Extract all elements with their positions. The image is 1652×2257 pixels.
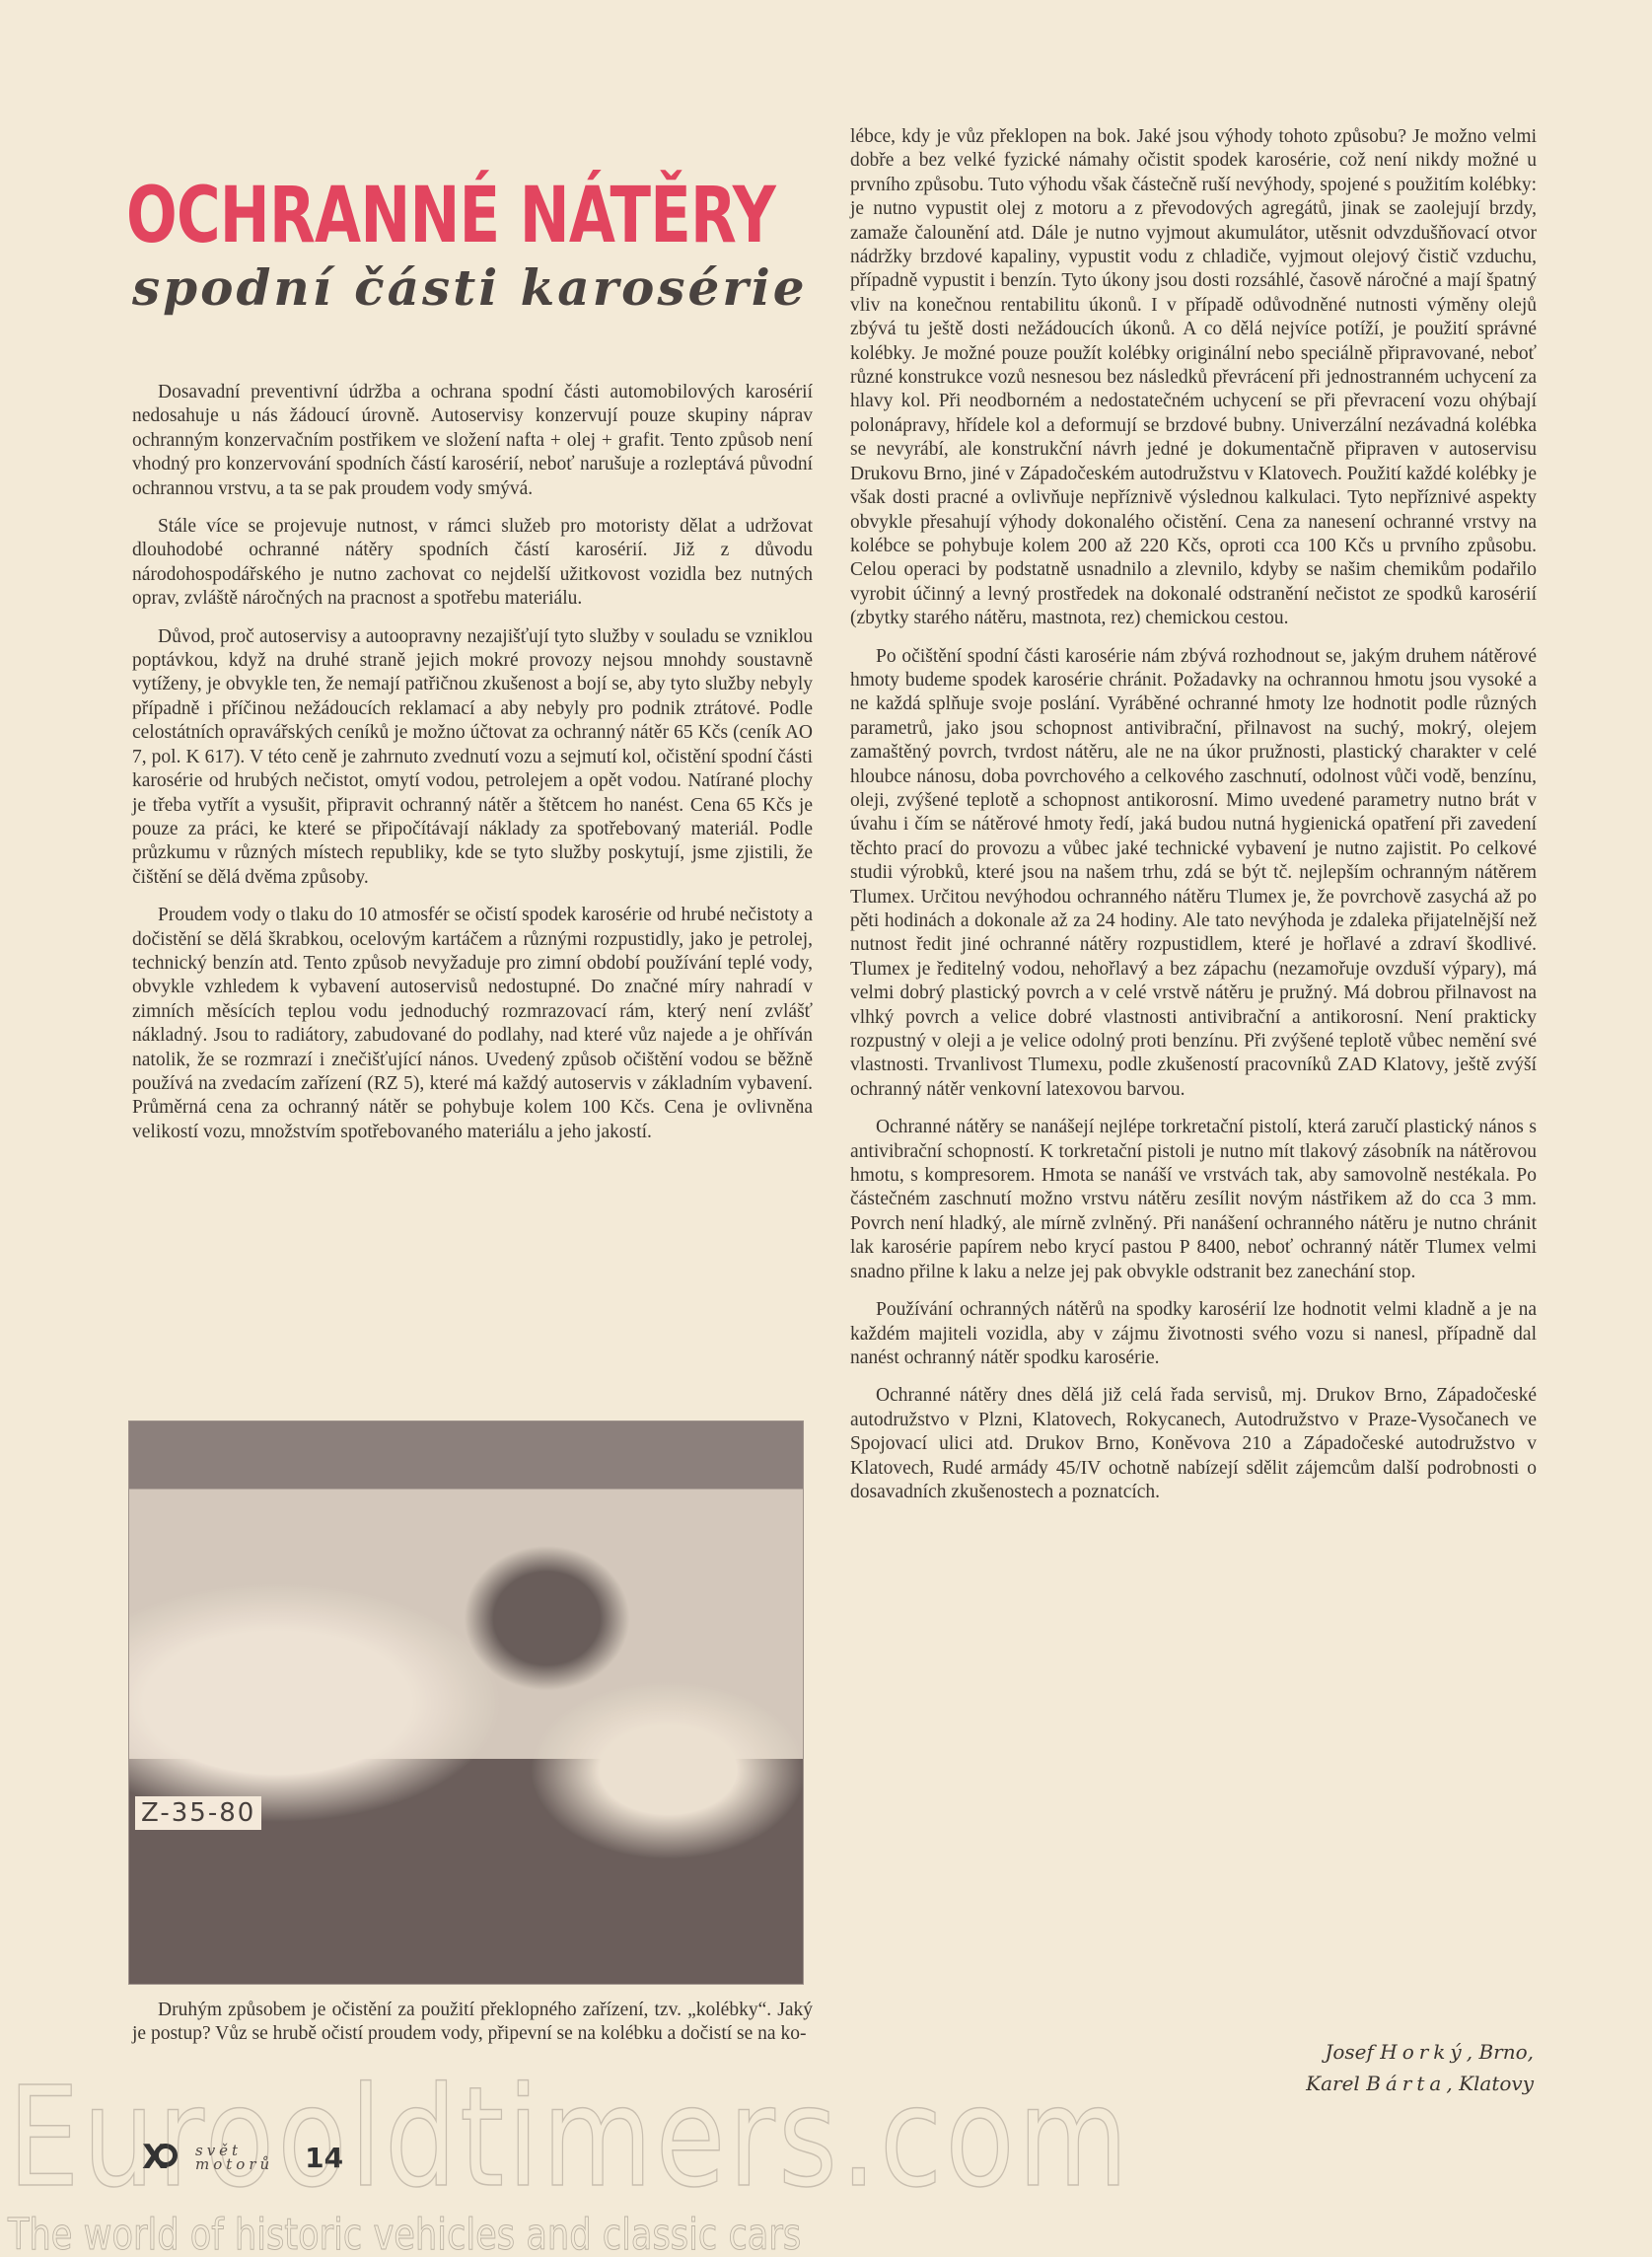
paragraph: Používání ochranných nátěrů na spodky ka… [850,1298,1537,1370]
magazine-page: OCHRANNÉ NÁTĚRY spodní části karosérie D… [0,0,1652,2257]
article-photo: Z-35-80 [128,1420,804,1985]
paragraph: Po očištění spodní části karosérie nám z… [850,645,1537,1103]
left-column-bottom: Druhým způsobem je očistění za použití p… [132,1999,813,2061]
paragraph: Ochranné nátěry dnes dělá již celá řada … [850,1384,1537,1504]
paragraph: Ochranné nátěry se nanášejí nejlépe tork… [850,1116,1537,1284]
article-subtitle: spodní části karosérie [132,258,808,317]
watermark-tagline: The world of historic vehicles and class… [8,2210,801,2257]
paragraph: Důvod, proč autoservisy a autoopravny ne… [132,625,813,890]
watermark-site: Eurooldtimers.com [8,2058,1131,2219]
right-column: lébce, kdy je vůz překlopen na bok. Jaké… [850,125,1537,1518]
left-column-top: Dosavadní preventivní údržba a ochrana s… [132,381,813,1158]
author-byline: Josef Horký, Brno, Karel Bárta, Klatovy [1306,2036,1534,2099]
paragraph: Druhým způsobem je očistění za použití p… [132,1999,813,2047]
paragraph: lébce, kdy je vůz překlopen na bok. Jaké… [850,125,1537,631]
paragraph: Stále více se projevuje nutnost, v rámci… [132,515,813,612]
paragraph: Proudem vody o tlaku do 10 atmosfér se o… [132,904,813,1144]
article-title: OCHRANNÉ NÁTĚRY [126,178,681,255]
license-plate: Z-35-80 [135,1796,261,1830]
author-1: Josef Horký, Brno, [1306,2036,1534,2068]
paragraph: Dosavadní preventivní údržba a ochrana s… [132,381,813,501]
author-2: Karel Bárta, Klatovy [1306,2068,1534,2099]
